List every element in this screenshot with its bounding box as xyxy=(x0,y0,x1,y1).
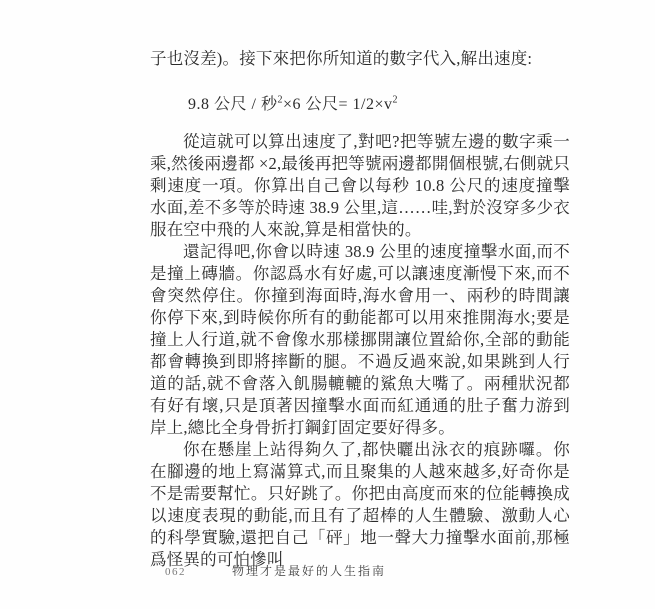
formula-part-2: ×6 公尺= 1/2×v xyxy=(283,96,393,113)
formula-superscript-2: 2 xyxy=(392,95,398,106)
paragraph-cliff-jump: 你在懸崖上站得夠久了,都快曬出泳衣的痕跡囉。你在腳邊的地上寫滿算式,而且聚集的人… xyxy=(150,439,570,571)
main-text-block: 子也沒差)。接下來把你所知道的數字代入,解出速度: 9.8 公尺 / 秒2×6 … xyxy=(150,48,570,571)
paragraph-solve-speed: 從這就可以算出速度了,對吧?把等號左邊的數字乘一乘,然後兩邊都 ×2,最後再把等… xyxy=(150,131,570,241)
paragraph-continuation: 子也沒差)。接下來把你所知道的數字代入,解出速度: xyxy=(150,48,570,70)
book-page: 子也沒差)。接下來把你所知道的數字代入,解出速度: 9.8 公尺 / 秒2×6 … xyxy=(0,0,655,609)
paragraph-water-impact: 還記得吧,你會以時速 38.9 公里的速度撞擊水面,而不是撞上磚牆。你認爲水有好… xyxy=(150,241,570,439)
book-title: 物理才是最好的人生指南 xyxy=(232,562,386,579)
page-number: 062 xyxy=(165,566,186,578)
formula-part-1: 9.8 公尺 / 秒 xyxy=(188,96,277,113)
physics-formula: 9.8 公尺 / 秒2×6 公尺= 1/2×v2 xyxy=(150,94,570,116)
page-footer: 062 物理才是最好的人生指南 xyxy=(165,562,585,579)
